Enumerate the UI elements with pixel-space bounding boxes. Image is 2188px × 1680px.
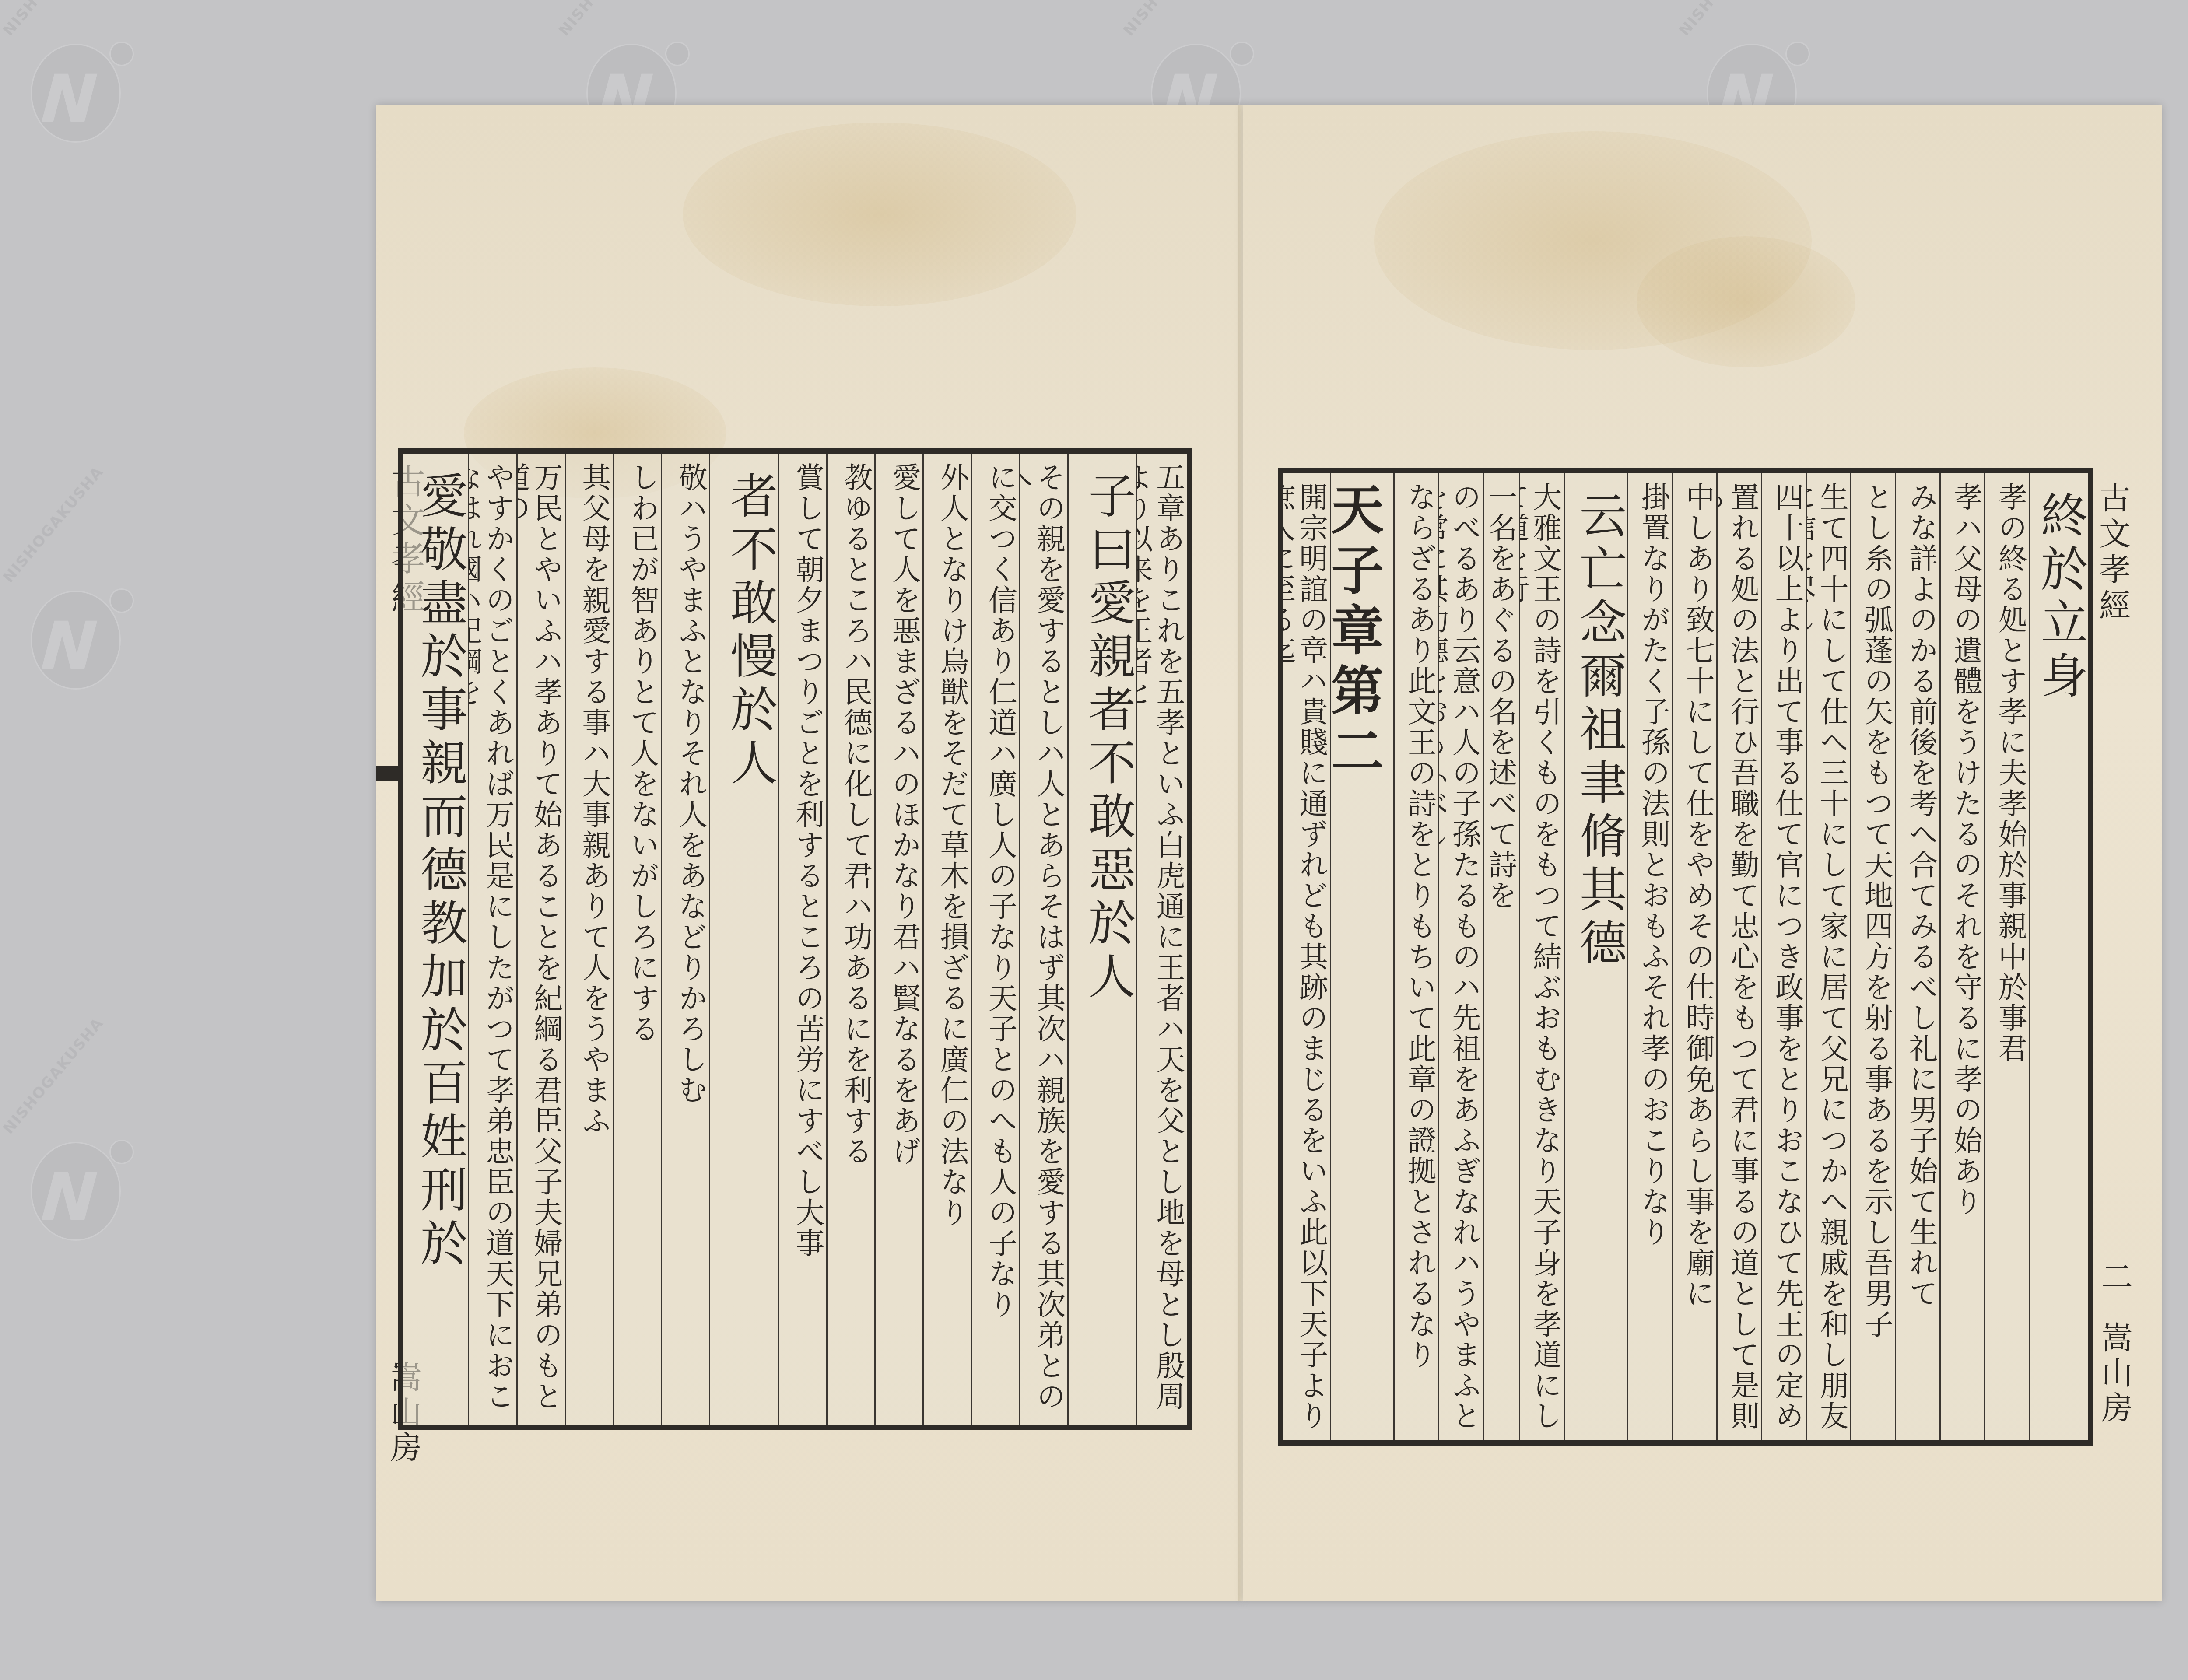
commentary-column: 賞して朝夕まつりごとを利するところの苦労にすべし大事 [778, 454, 826, 1425]
main-text-column: 愛敬盡於事親而德教加於百姓刑於 [403, 454, 468, 1425]
right-page-text-frame: 終於立身 孝の終る処とす孝に夫孝始於事親中於事君 孝ハ父母の遺體をうけたるのそれ… [1278, 468, 2093, 1445]
main-text-column: 子曰愛親者不敢惡於人 [1067, 454, 1136, 1425]
commentary-column: やすかくのごとくあれば万民是にしたがつて孝弟忠臣の道天下におこなはれ國ハ紀綱を [468, 454, 516, 1425]
commentary-column: 中しあり致七十にして仕をやめその仕時御免あらし事を廟に [1672, 473, 1716, 1440]
main-text-column: 終於立身 [2029, 473, 2088, 1440]
commentary-column: 孝ハ父母の遺體をうけたるのそれを守るに孝の始あり [1939, 473, 1984, 1440]
commentary-column: 外人となりけ鳥獣をそだて草木を損ざるに廣仁の法なり [922, 454, 971, 1425]
commentary-column: みな詳よのかる前後を考へ合てみるべし礼に男子始て生れて [1895, 473, 1939, 1440]
commentary-column: のべるあり云意ハ人の子孫たるものハ先祖をあふぎなれハうやまふとを常に其功德をおも… [1438, 473, 1483, 1440]
commentary-column: 敬ハうやまふとなりそれ人をあなどりかろしむ [661, 454, 709, 1425]
left-page: 古文孝經 嵩山房 五章ありこれを五孝といふ白虎通に王者ハ天を父とし地を母とし殷周… [376, 105, 1243, 1601]
commentary-column: 置れる処の法と行ひ吾職を勤て忠心をもつて君に事るの道として是則ち [1716, 473, 1761, 1440]
open-book: 古文孝經 嵩山房 五章ありこれを五孝といふ白虎通に王者ハ天を父とし地を母とし殷周… [376, 105, 2162, 1601]
commentary-column: に交つく信あり仁道ハ廣し人の子なり天子とのへも人の子なり [971, 454, 1019, 1425]
watermark-text: NISHOGAKUSHA [0, 0, 107, 39]
commentary-column: その親を愛するとしハ人とあらそはず其次ハ親族を愛する其次弟とのへ [1019, 454, 1067, 1425]
commentary-column: 一名をあぐるの名を述べて詩を [1483, 473, 1519, 1440]
commentary-column: とし糸の弧蓬の矢をもつて天地四方を射る事あるを示し吾男子 [1850, 473, 1895, 1440]
main-text-column: 云亡念爾祖聿脩其德 [1564, 473, 1627, 1440]
watermark-logo: N NISHOGAKUSHA [18, 1120, 136, 1238]
commentary-column: 四十以上より出て事る仕て官につき政事をとりおこなひて先王の定め [1761, 473, 1806, 1440]
right-page: 終於立身 孝の終る処とす孝に夫孝始於事親中於事君 孝ハ父母の遺體をうけたるのそれ… [1243, 105, 2162, 1601]
commentary-column: 開宗明誼の章ハ貴賤に通ずれども其跡のまじるをいふ此以下天子より庶人に至る迄 [1283, 473, 1330, 1440]
left-page-text-frame: 五章ありこれを五孝といふ白虎通に王者ハ天を父とし地を母とし殷周より以来を王者と … [398, 448, 1192, 1430]
main-text-column: 者不敢慢於人 [709, 454, 778, 1425]
commentary-column: 万民とやいふハ孝ありて始あることを紀綱る君臣父子夫婦兄弟のもと道の [516, 454, 565, 1425]
commentary-column: 愛して人を悪まざるハのほかなり君ハ賢なるをあげ [874, 454, 922, 1425]
watermark-logo: N NISHOGAKUSHA [18, 569, 136, 687]
right-page-margin-title: 古文孝經 [2090, 481, 2135, 625]
right-page-number: 二 [2092, 1260, 2137, 1291]
commentary-column: しわ已が智ありとて人をないがしろにする [613, 454, 661, 1425]
watermark-logo: N NISHOGAKUSHA [18, 22, 136, 140]
commentary-column: 生て四十にして仕へ三十にして家に居て父兄につかへ親戚を和し朋友に信を尽し [1806, 473, 1850, 1440]
right-page-publisher: 嵩山房 [2092, 1321, 2137, 1426]
commentary-column: 教ゆるところハ民德に化して君ハ功あるにを利する [826, 454, 874, 1425]
chapter-title: 天子章第二 [1330, 473, 1393, 1440]
commentary-column: 大雅文王の詩を引くものをもつて結ぶおもむきなり天子身を孝道にして道を行 [1519, 473, 1564, 1440]
commentary-column: 孝の終る処とす孝に夫孝始於事親中於事君 [1984, 473, 2029, 1440]
commentary-column: ならざるあり此文王の詩をとりもちいて此章の證拠とされるなり [1393, 473, 1438, 1440]
commentary-column: 掛置なりがたく子孫の法則とおもふそれ孝のおこりなり [1627, 473, 1672, 1440]
commentary-column: 五章ありこれを五孝といふ白虎通に王者ハ天を父とし地を母とし殷周より以来を王者と [1136, 454, 1187, 1425]
commentary-column: 其父母を親愛する事ハ大事親ありて人をうやまふ [565, 454, 613, 1425]
